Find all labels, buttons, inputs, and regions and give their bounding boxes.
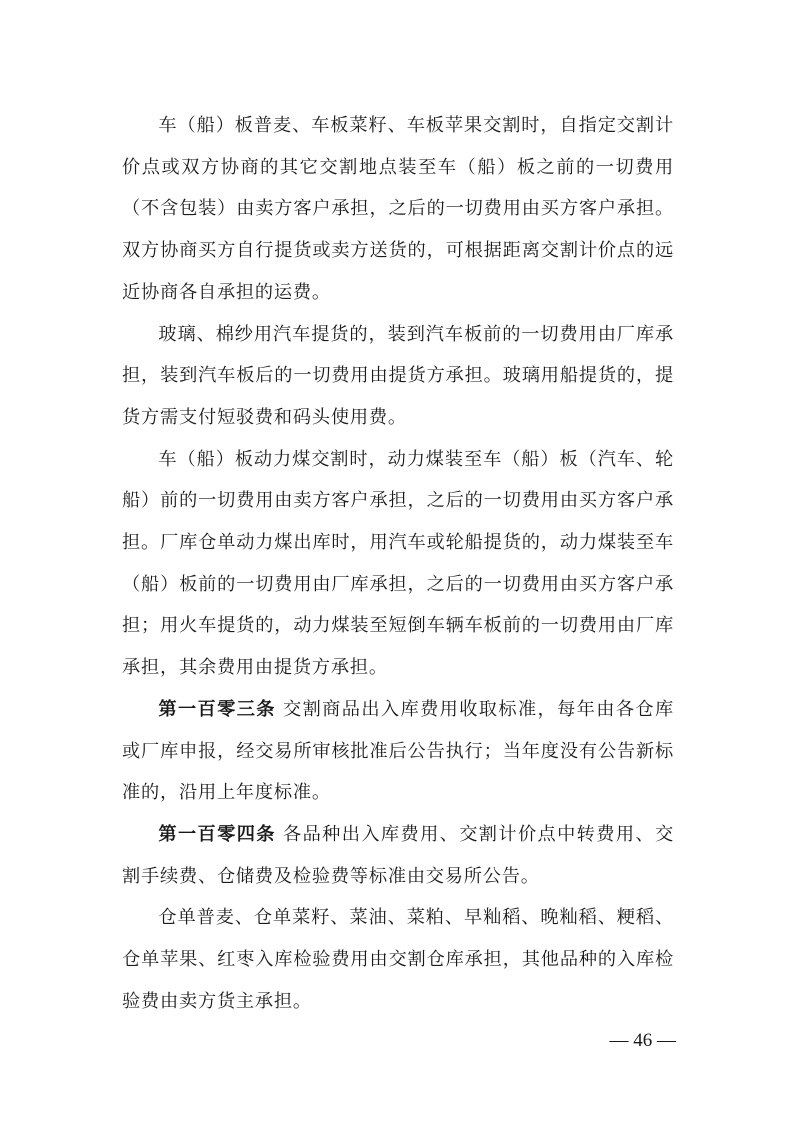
article-heading: 第一百零四条 xyxy=(158,824,275,845)
article-104: 第一百零四条 各品种出入库费用、交割计价点中转费用、交割手续费、仓储费及检验费等… xyxy=(122,814,674,897)
article-heading: 第一百零三条 xyxy=(158,699,275,720)
page-number: — 46 — xyxy=(598,1030,676,1052)
paragraph-glass-cotton-yarn-pickup: 玻璃、棉纱用汽车提货的，装到汽车板前的一切费用由厂库承担，装到汽车板后的一切费用… xyxy=(122,314,674,439)
paragraph-text: 车（船）板普麦、车板菜籽、车板苹果交割时，自指定交割计价点或双方协商的其它交割地… xyxy=(122,115,674,303)
paragraph-board-delivery-wheat-rapeseed-apple: 车（船）板普麦、车板菜籽、车板苹果交割时，自指定交割计价点或双方协商的其它交割地… xyxy=(122,105,674,314)
document-body: 车（船）板普麦、车板菜籽、车板苹果交割时，自指定交割计价点或双方协商的其它交割地… xyxy=(122,105,674,1022)
paragraph-text: 玻璃、棉纱用汽车提货的，装到汽车板前的一切费用由厂库承担，装到汽车板后的一切费用… xyxy=(122,324,674,428)
paragraph-thermal-coal-delivery: 车（船）板动力煤交割时，动力煤装至车（船）板（汽车、轮船）前的一切费用由卖方客户… xyxy=(122,439,674,689)
paragraph-text: 车（船）板动力煤交割时，动力煤装至车（船）板（汽车、轮船）前的一切费用由卖方客户… xyxy=(122,449,674,679)
article-103: 第一百零三条 交割商品出入库费用收取标准，每年由各仓库或厂库申报，经交易所审核批… xyxy=(122,689,674,814)
paragraph-text: 仓单普麦、仓单菜籽、菜油、菜粕、早籼稻、晚籼稻、粳稻、仓单苹果、红枣入库检验费用… xyxy=(122,907,674,1011)
paragraph-inspection-fees: 仓单普麦、仓单菜籽、菜油、菜粕、早籼稻、晚籼稻、粳稻、仓单苹果、红枣入库检验费用… xyxy=(122,897,674,1022)
